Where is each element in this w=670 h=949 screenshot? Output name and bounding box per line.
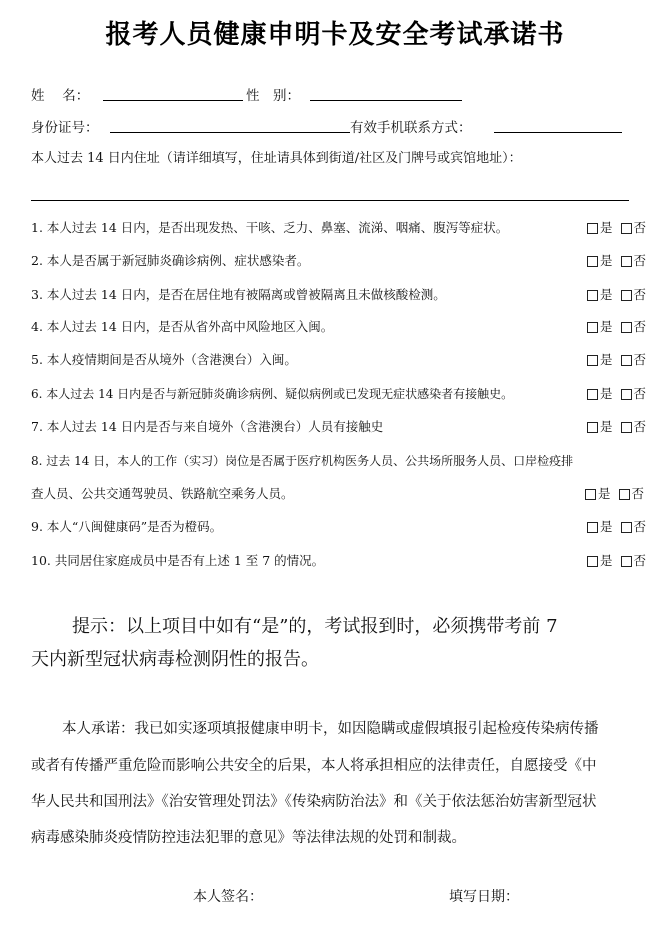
yes-option[interactable]: 是	[587, 419, 613, 435]
signature-label: 本人签名：	[193, 886, 263, 906]
no-option[interactable]: 否	[621, 319, 647, 335]
question-8: 8. 过去 14 日，本人的工作（实习）岗位是否属于医疗机构医务人员、公共场所服…	[31, 453, 573, 469]
phone-label: 有效手机联系方式：	[350, 120, 472, 136]
gender-label: 性 别：	[246, 88, 300, 104]
document-title: 报考人员健康申明卡及安全考试承诺书	[0, 14, 670, 51]
name-field[interactable]	[103, 100, 243, 101]
yes-option[interactable]: 是	[587, 220, 613, 236]
no-option[interactable]: 否	[619, 486, 645, 502]
address-label: 本人过去 14 日内住址（请详细填写，住址请具体到街道/社区及门牌号或宾馆地址）…	[31, 151, 522, 167]
yes-option[interactable]: 是	[587, 319, 613, 335]
yes-option[interactable]: 是	[587, 553, 613, 569]
checkbox-icon[interactable]	[587, 522, 598, 533]
yes-option[interactable]: 是	[587, 386, 613, 402]
date-label: 填写日期：	[449, 886, 519, 906]
question-1: 1. 本人过去 14 日内，是否出现发热、干咳、乏力、鼻塞、流涕、咽痛、腹泻等症…	[31, 220, 508, 236]
answer-2: 是 否	[587, 253, 646, 269]
no-option[interactable]: 否	[621, 386, 647, 402]
checkbox-icon[interactable]	[621, 290, 632, 301]
answer-6: 是 否	[587, 386, 646, 402]
checkbox-icon[interactable]	[587, 422, 598, 433]
yes-option[interactable]: 是	[587, 253, 613, 269]
checkbox-icon[interactable]	[587, 322, 598, 333]
checkbox-icon[interactable]	[587, 290, 598, 301]
question-3: 3. 本人过去 14 日内，是否在居住地有被隔离或曾被隔离且未做核酸检测。	[31, 287, 446, 303]
checkbox-icon[interactable]	[621, 389, 632, 400]
promise-line-2: 或者有传播严重危险而影响公共安全的后果，本人将承担相应的法律责任，自愿接受《中	[31, 750, 597, 782]
id-number-field[interactable]	[110, 132, 350, 133]
no-option[interactable]: 否	[621, 220, 647, 236]
promise-line-4: 病毒感染肺炎疫情防控违法犯罪的意见》等法律法规的处罚和制裁。	[31, 822, 466, 854]
no-option[interactable]: 否	[621, 419, 647, 435]
no-option[interactable]: 否	[621, 253, 647, 269]
checkbox-icon[interactable]	[587, 256, 598, 267]
promise-line-1: 本人承诺：我已如实逐项填报健康申明卡，如因隐瞒或虚假填报引起检疫传染病传播	[62, 713, 599, 745]
checkbox-icon[interactable]	[585, 489, 596, 500]
no-option[interactable]: 否	[621, 352, 647, 368]
question-9: 9. 本人“八闽健康码”是否为橙码。	[31, 519, 222, 535]
checkbox-icon[interactable]	[587, 556, 598, 567]
question-6: 6. 本人过去 14 日内是否与新冠肺炎确诊病例、疑似病例或已发现无症状感染者有…	[31, 386, 513, 402]
question-7: 7. 本人过去 14 日内是否与来自境外（含港澳台）人员有接触史	[31, 419, 383, 435]
answer-10: 是 否	[587, 553, 646, 569]
phone-field[interactable]	[494, 132, 622, 133]
yes-option[interactable]: 是	[587, 352, 613, 368]
checkbox-icon[interactable]	[621, 556, 632, 567]
question-5: 5. 本人疫情期间是否从境外（含港澳台）入闽。	[31, 352, 297, 368]
no-option[interactable]: 否	[621, 519, 647, 535]
answer-9: 是 否	[587, 519, 646, 535]
answer-5: 是 否	[587, 352, 646, 368]
checkbox-icon[interactable]	[619, 489, 630, 500]
answer-3: 是 否	[587, 287, 646, 303]
question-4: 4. 本人过去 14 日内，是否从省外高中风险地区入闽。	[31, 319, 333, 335]
address-field[interactable]	[31, 200, 629, 201]
answer-8: 是 否	[585, 486, 644, 502]
question-2: 2. 本人是否属于新冠肺炎确诊病例、症状感染者。	[31, 253, 309, 269]
checkbox-icon[interactable]	[621, 223, 632, 234]
no-option[interactable]: 否	[621, 287, 647, 303]
no-option[interactable]: 否	[621, 553, 647, 569]
checkbox-icon[interactable]	[587, 355, 598, 366]
yes-option[interactable]: 是	[587, 519, 613, 535]
yes-option[interactable]: 是	[587, 287, 613, 303]
promise-line-3: 华人民共和国刑法》《治安管理处罚法》《传染病防治法》和《关于依法惩治妨害新型冠状	[31, 786, 597, 818]
checkbox-icon[interactable]	[587, 389, 598, 400]
answer-4: 是 否	[587, 319, 646, 335]
question-8-continued: 查人员、公共交通驾驶员、铁路航空乘务人员。	[31, 486, 294, 502]
hint-line-2: 天内新型冠状病毒检测阴性的报告。	[31, 645, 319, 675]
gender-field[interactable]	[310, 100, 462, 101]
yes-option[interactable]: 是	[585, 486, 611, 502]
checkbox-icon[interactable]	[587, 223, 598, 234]
checkbox-icon[interactable]	[621, 422, 632, 433]
id-number-label: 身份证号：	[31, 120, 99, 136]
name-label: 姓 名：	[31, 88, 89, 104]
checkbox-icon[interactable]	[621, 355, 632, 366]
answer-1: 是 否	[587, 220, 646, 236]
checkbox-icon[interactable]	[621, 522, 632, 533]
question-10: 10. 共同居住家庭成员中是否有上述 1 至 7 的情况。	[31, 553, 324, 569]
checkbox-icon[interactable]	[621, 322, 632, 333]
answer-7: 是 否	[587, 419, 646, 435]
checkbox-icon[interactable]	[621, 256, 632, 267]
hint-line-1: 提示：以上项目中如有“是”的，考试报到时，必须携带考前 7	[72, 612, 558, 642]
